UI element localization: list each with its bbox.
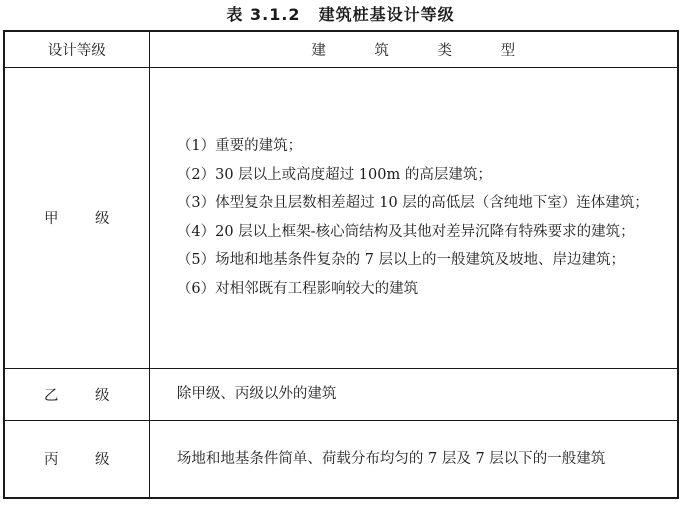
- list-item: （1）重要的建筑；: [160, 132, 670, 161]
- building-type-text: 场地和地基条件简单、荷载分布均匀的 7 层及 7 层以下的一般建筑: [160, 445, 670, 474]
- table-number: 表 3.1.2: [226, 5, 300, 24]
- header-row: 设计等级 建 筑 类 型: [4, 31, 678, 67]
- grade-cell: 甲 级: [4, 67, 149, 368]
- grade-cell: 乙 级: [4, 368, 149, 420]
- list-item: （5）场地和地基条件复杂的 7 层以上的一般建筑及坡地、岸边建筑；: [160, 246, 670, 275]
- building-type-cell: 场地和地基条件简单、荷载分布均匀的 7 层及 7 层以下的一般建筑: [149, 420, 678, 498]
- header-grade: 设计等级: [4, 31, 149, 67]
- building-type-text: 除甲级、丙级以外的建筑: [160, 380, 670, 409]
- table-row-grade-b: 乙 级 除甲级、丙级以外的建筑: [4, 368, 678, 420]
- table-title: 建筑桩基设计等级: [319, 5, 455, 24]
- table-row-grade-a: 甲 级 （1）重要的建筑； （2）30 层以上或高度超过 100m 的高层建筑；…: [4, 67, 678, 368]
- grade-cell: 丙 级: [4, 420, 149, 498]
- header-building-type: 建 筑 类 型: [149, 31, 678, 67]
- table-row-grade-c: 丙 级 场地和地基条件简单、荷载分布均匀的 7 层及 7 层以下的一般建筑: [4, 420, 678, 498]
- pile-design-grade-table: 设计等级 建 筑 类 型 甲 级 （1）重要的建筑； （2）30 层以上或高度超…: [3, 30, 679, 499]
- list-item: （4）20 层以上框架-核心筒结构及其他对差异沉降有特殊要求的建筑；: [160, 218, 670, 247]
- building-type-cell: （1）重要的建筑； （2）30 层以上或高度超过 100m 的高层建筑； （3）…: [149, 67, 678, 368]
- table-caption: 表 3.1.2建筑桩基设计等级: [0, 2, 681, 25]
- building-type-cell: 除甲级、丙级以外的建筑: [149, 368, 678, 420]
- list-item: （3）体型复杂且层数相差超过 10 层的高低层（含纯地下室）连体建筑；: [160, 189, 670, 218]
- list-item: （6）对相邻既有工程影响较大的建筑: [160, 275, 670, 304]
- list-item: （2）30 层以上或高度超过 100m 的高层建筑；: [160, 161, 670, 190]
